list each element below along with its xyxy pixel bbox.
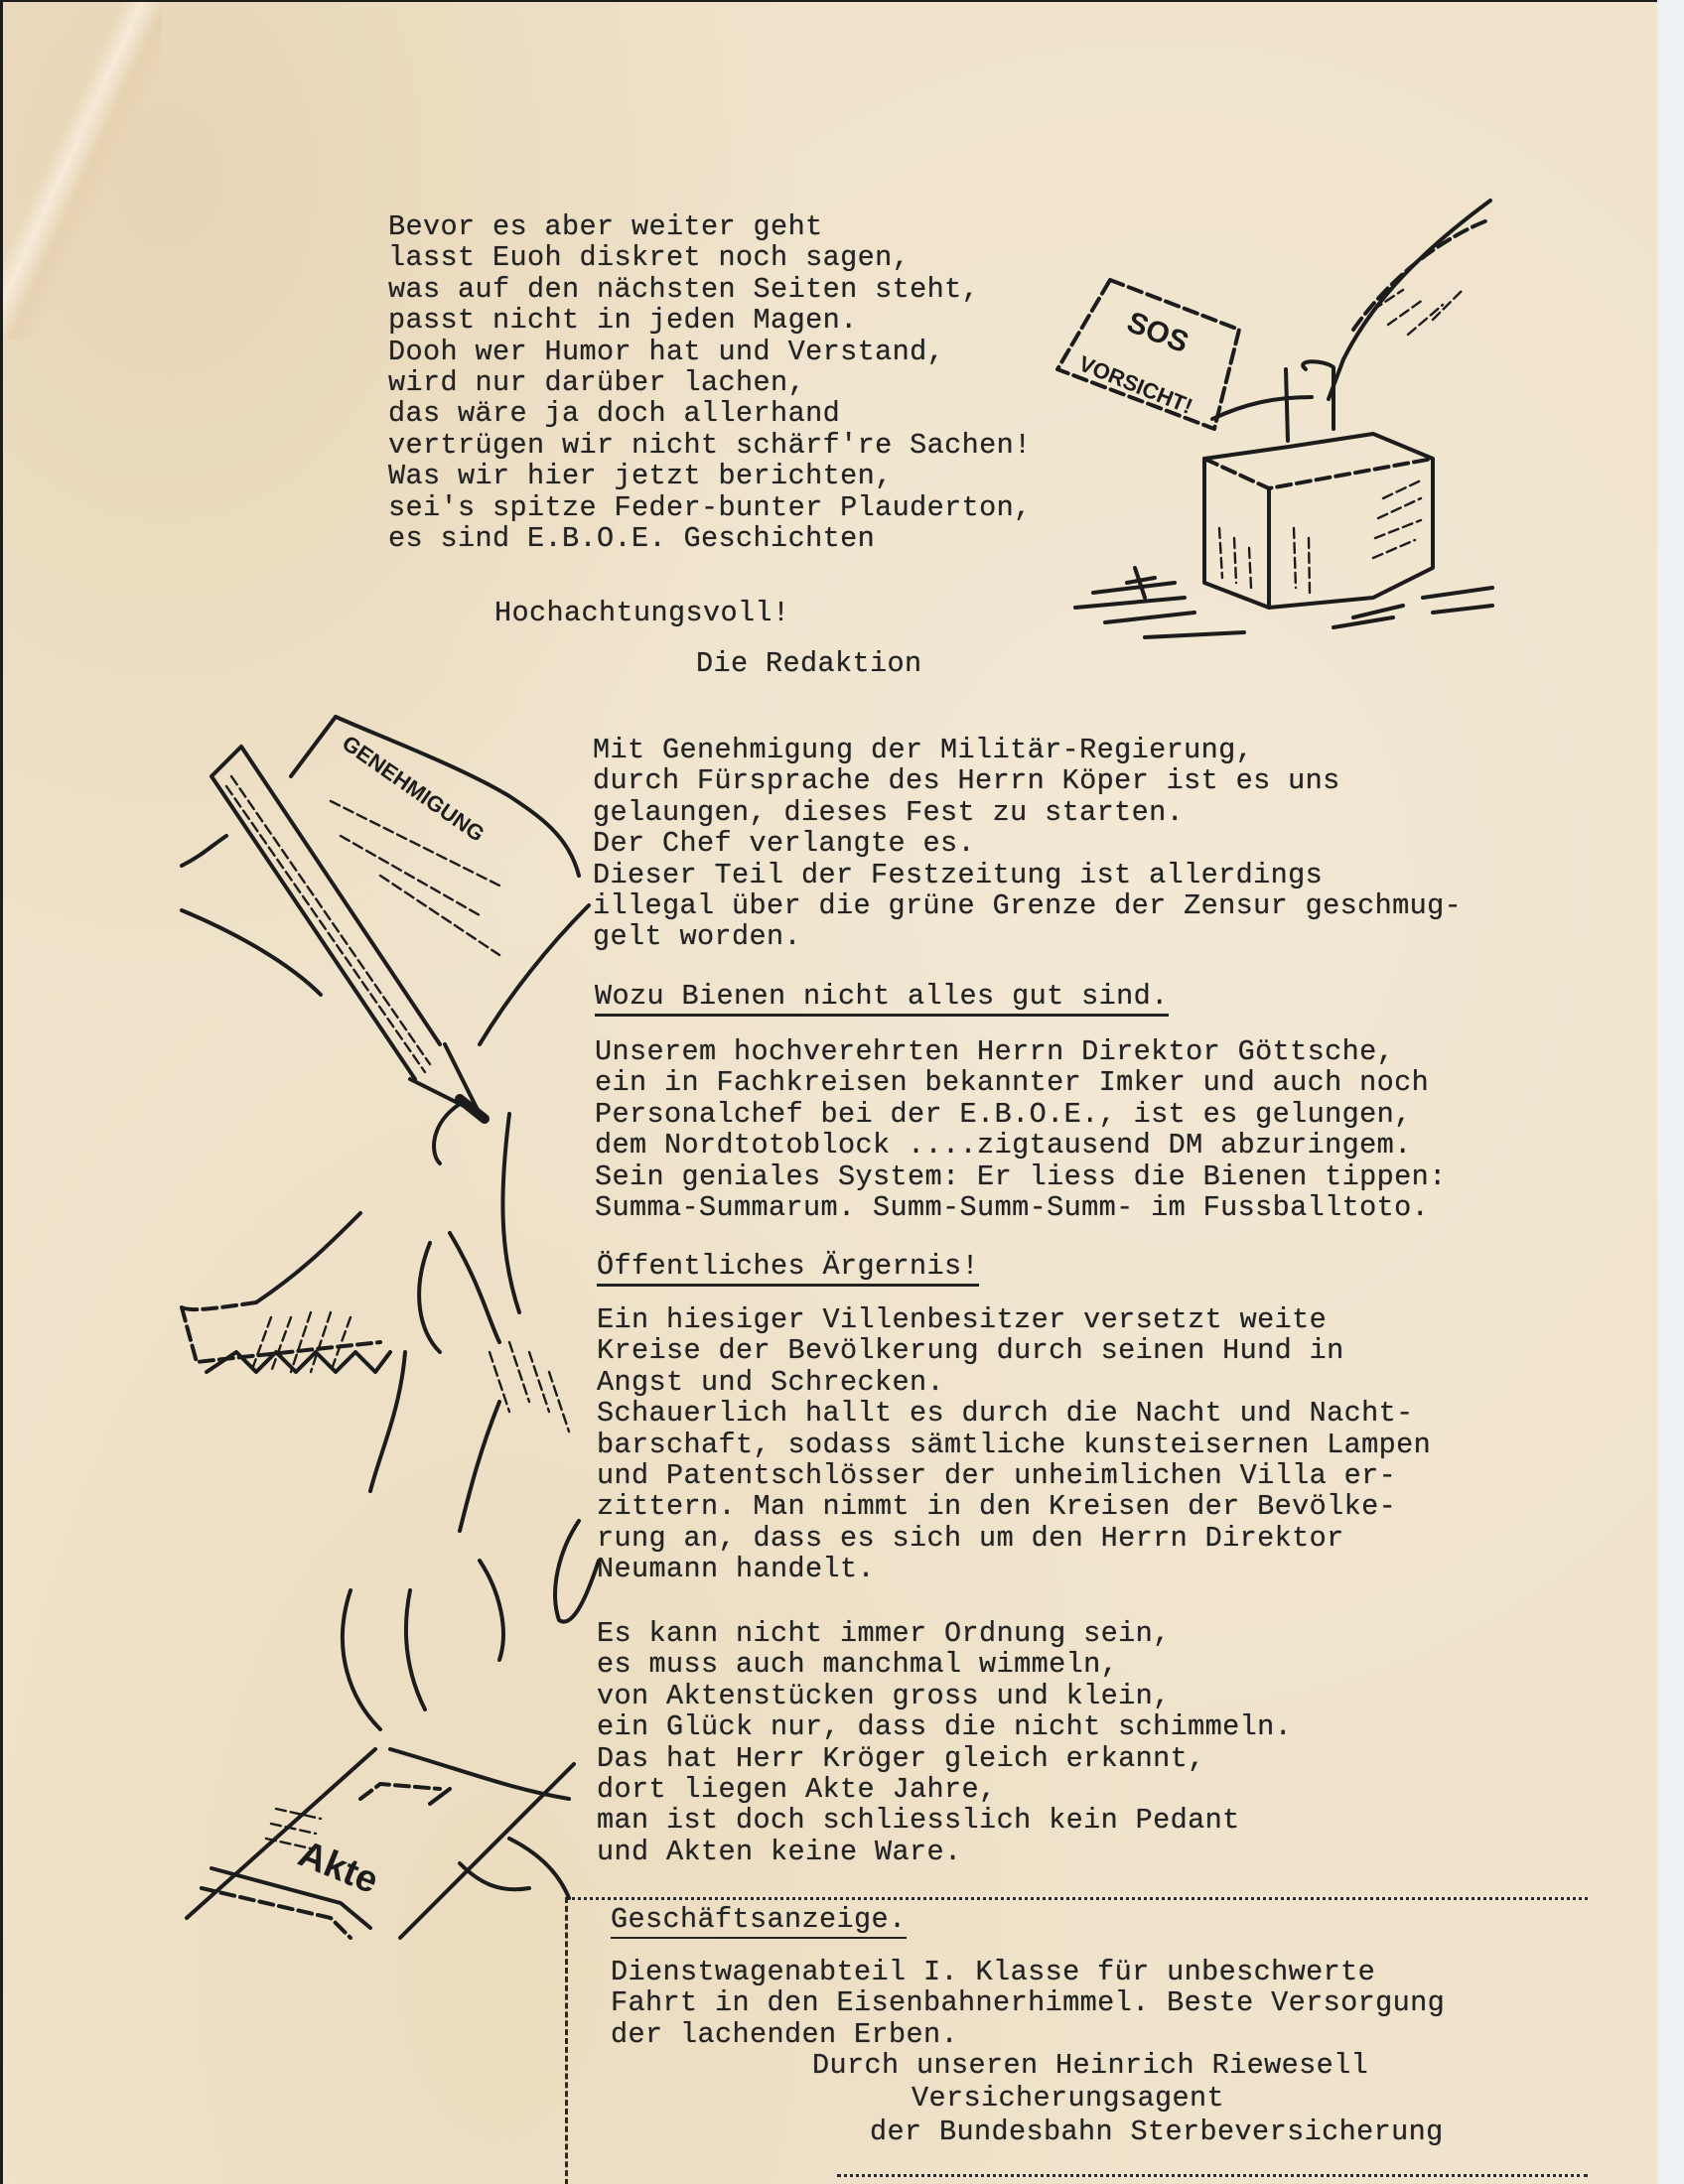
- poem-line: und Akten keine Ware.: [597, 1837, 1292, 1867]
- poem-line: passt nicht in jeden Magen.: [388, 305, 1032, 336]
- bees-text: Unserem hochverehrten Herrn Direktor Göt…: [595, 1036, 1447, 1223]
- ad-signoff-2: Versicherungsagent: [912, 2083, 1224, 2114]
- text-line: Personalchef bei der E.B.O.E., ist es ge…: [595, 1099, 1447, 1130]
- text-line: zittern. Man nimmt in den Kreisen der Be…: [597, 1491, 1431, 1522]
- scanned-page: Bevor es aber weiter gehtlasst Euoh disk…: [0, 0, 1657, 2184]
- nuisance-heading: Öffentliches Ärgernis!: [597, 1251, 979, 1287]
- poem-line: man ist doch schliesslich kein Pedant: [597, 1805, 1292, 1836]
- poem-line: dort liegen Akte Jahre,: [597, 1774, 1292, 1805]
- poem-line: Dooh wer Humor hat und Verstand,: [388, 337, 1032, 367]
- poem-line: Was wir hier jetzt berichten,: [388, 461, 1032, 491]
- poem-line: Bevor es aber weiter geht: [388, 211, 1032, 242]
- poem-line: wird nur darüber lachen,: [388, 367, 1032, 398]
- poem-line: ein Glück nur, dass die nicht schimmeln.: [597, 1711, 1292, 1742]
- text-line: Dieser Teil der Festzeitung ist allerdin…: [593, 860, 1462, 890]
- files-poem: Es kann nicht immer Ordnung sein,es muss…: [597, 1618, 1292, 1867]
- text-line: ein in Fachkreisen bekannter Imker und a…: [595, 1067, 1447, 1098]
- text-line: gelaungen, dieses Fest zu starten.: [593, 797, 1462, 828]
- text-line: Der Chef verlangte es.: [593, 828, 1462, 859]
- pencil-dog-file-illustration: GENEHMIGUNG: [182, 697, 599, 1938]
- poem-line: vertrügen wir nicht schärf're Sachen!: [388, 430, 1032, 461]
- poem-line: Es kann nicht immer Ordnung sein,: [597, 1618, 1292, 1649]
- text-line: Angst und Schrecken.: [597, 1367, 1431, 1398]
- poem-line: sei's spitze Feder-bunter Plauderton,: [388, 492, 1032, 523]
- text-line: gelt worden.: [593, 921, 1462, 952]
- poem-line: Das hat Herr Kröger gleich erkannt,: [597, 1743, 1292, 1774]
- poem-line: lasst Euoh diskret noch sagen,: [388, 242, 1032, 273]
- text-line: Fahrt in den Eisenbahnerhimmel. Beste Ve…: [611, 1987, 1445, 2018]
- intro-poem: Bevor es aber weiter gehtlasst Euoh disk…: [388, 211, 1032, 554]
- text-line: rung an, dass es sich um den Herrn Direk…: [597, 1523, 1431, 1554]
- text-line: dem Nordtotoblock ....zigtausend DM abzu…: [595, 1130, 1447, 1160]
- ad-signoff-1: Durch unseren Heinrich Riewesell: [812, 2050, 1368, 2081]
- text-line: der lachenden Erben.: [611, 2019, 1445, 2050]
- ad-box-left-border: [565, 1897, 568, 2184]
- poem-line: es sind E.B.O.E. Geschichten: [388, 523, 1032, 554]
- permission-text: Mit Genehmigung der Militär-Regierung,du…: [593, 735, 1462, 953]
- poem-line: es muss auch manchmal wimmeln,: [597, 1649, 1292, 1680]
- text-line: Kreise der Bevölkerung durch seinen Hund…: [597, 1335, 1431, 1366]
- text-line: illegal über die grüne Grenze der Zensur…: [593, 890, 1462, 921]
- text-line: Sein geniales System: Er liess die Biene…: [595, 1161, 1447, 1192]
- poem-line: von Aktenstücken gross und klein,: [597, 1681, 1292, 1711]
- nuisance-text: Ein hiesiger Villenbesitzer versetzt wei…: [597, 1304, 1431, 1585]
- text-line: Schauerlich hallt es durch die Nacht und…: [597, 1398, 1431, 1429]
- text-line: Ein hiesiger Villenbesitzer versetzt wei…: [597, 1304, 1431, 1335]
- text-line: durch Fürsprache des Herrn Köper ist es …: [593, 765, 1462, 796]
- ad-box-top-border: [565, 1897, 1588, 1900]
- ad-box-bottom-border: [837, 2174, 1588, 2177]
- ad-signoff-3: der Bundesbahn Sterbeversicherung: [870, 2116, 1444, 2147]
- bees-heading: Wozu Bienen nicht alles gut sind.: [595, 981, 1169, 1017]
- text-line: Dienstwagenabteil I. Klasse für unbeschw…: [611, 1957, 1445, 1987]
- poem-line: das wäre ja doch allerhand: [388, 398, 1032, 429]
- text-line: und Patentschlösser der unheimlichen Vil…: [597, 1460, 1431, 1491]
- text-line: Summa-Summarum. Summ-Summ-Summ- im Fussb…: [595, 1192, 1447, 1223]
- inkwell-tag-label: SOS: [1122, 306, 1193, 359]
- paper-fold-crease: [3, 2, 162, 340]
- text-line: barschaft, sodass sämtliche kunsteiserne…: [597, 1430, 1431, 1460]
- ad-heading: Geschäftsanzeige.: [611, 1904, 907, 1939]
- inkwell-quill-illustration: SOS VORSICHT!: [1046, 131, 1492, 687]
- ad-text: Dienstwagenabteil I. Klasse für unbeschw…: [611, 1957, 1445, 2050]
- text-line: Mit Genehmigung der Militär-Regierung,: [593, 735, 1462, 765]
- signature-editorial: Die Redaktion: [696, 648, 922, 679]
- closing-greeting: Hochachtungsvoll!: [494, 598, 790, 628]
- text-line: Unserem hochverehrten Herrn Direktor Göt…: [595, 1036, 1447, 1067]
- poem-line: was auf den nächsten Seiten steht,: [388, 274, 1032, 305]
- text-line: Neumann handelt.: [597, 1554, 1431, 1584]
